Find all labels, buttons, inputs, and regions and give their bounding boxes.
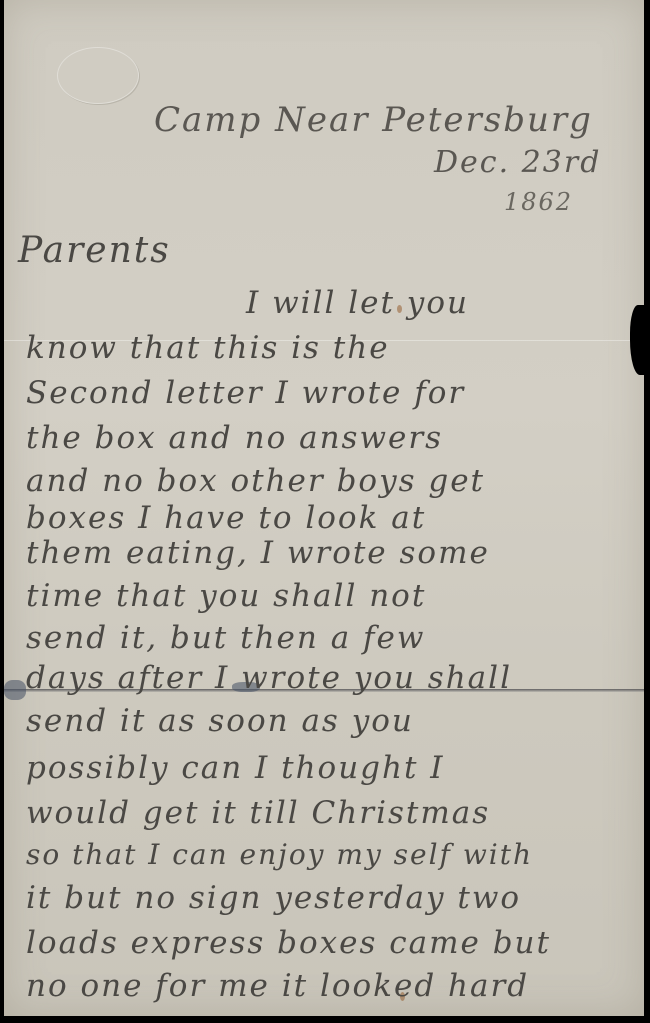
- letter-line: and no box other boys get: [26, 463, 485, 499]
- letter-line: it but no sign yesterday two: [26, 880, 521, 916]
- letter-line: possibly can I thought I: [26, 750, 445, 786]
- letter-line: boxes I have to look at: [26, 500, 426, 536]
- letter-line: I will let you: [246, 285, 469, 321]
- torn-edge: [630, 305, 650, 375]
- letter-line: no one for me it looked hard: [26, 968, 529, 1004]
- letter-line: days after I wrote you shall: [26, 660, 512, 696]
- letter-line: Second letter I wrote for: [26, 375, 465, 411]
- letter-salutation: Parents: [18, 230, 171, 271]
- embossed-stamp-icon: [57, 47, 139, 104]
- letter-line: time that you shall not: [26, 578, 426, 614]
- letter-page: Camp Near Petersburg Dec. 23rd 1862 Pare…: [4, 0, 644, 1016]
- letter-line: send it as soon as you: [26, 703, 414, 739]
- letter-heading: Camp Near Petersburg: [154, 100, 593, 140]
- letter-line: would get it till Christmas: [26, 795, 490, 831]
- letter-date: Dec. 23rd: [434, 145, 601, 180]
- letter-line: the box and no answers: [26, 420, 443, 456]
- letter-line: loads express boxes came but: [26, 925, 551, 961]
- letter-line: them eating, I wrote some: [26, 535, 490, 571]
- ink-blot: [4, 680, 26, 700]
- letter-line: so that I can enjoy my self with: [26, 838, 533, 871]
- letter-line: send it, but then a few: [26, 620, 425, 656]
- letter-line: know that this is the: [26, 330, 390, 366]
- letter-year: 1862: [504, 188, 573, 216]
